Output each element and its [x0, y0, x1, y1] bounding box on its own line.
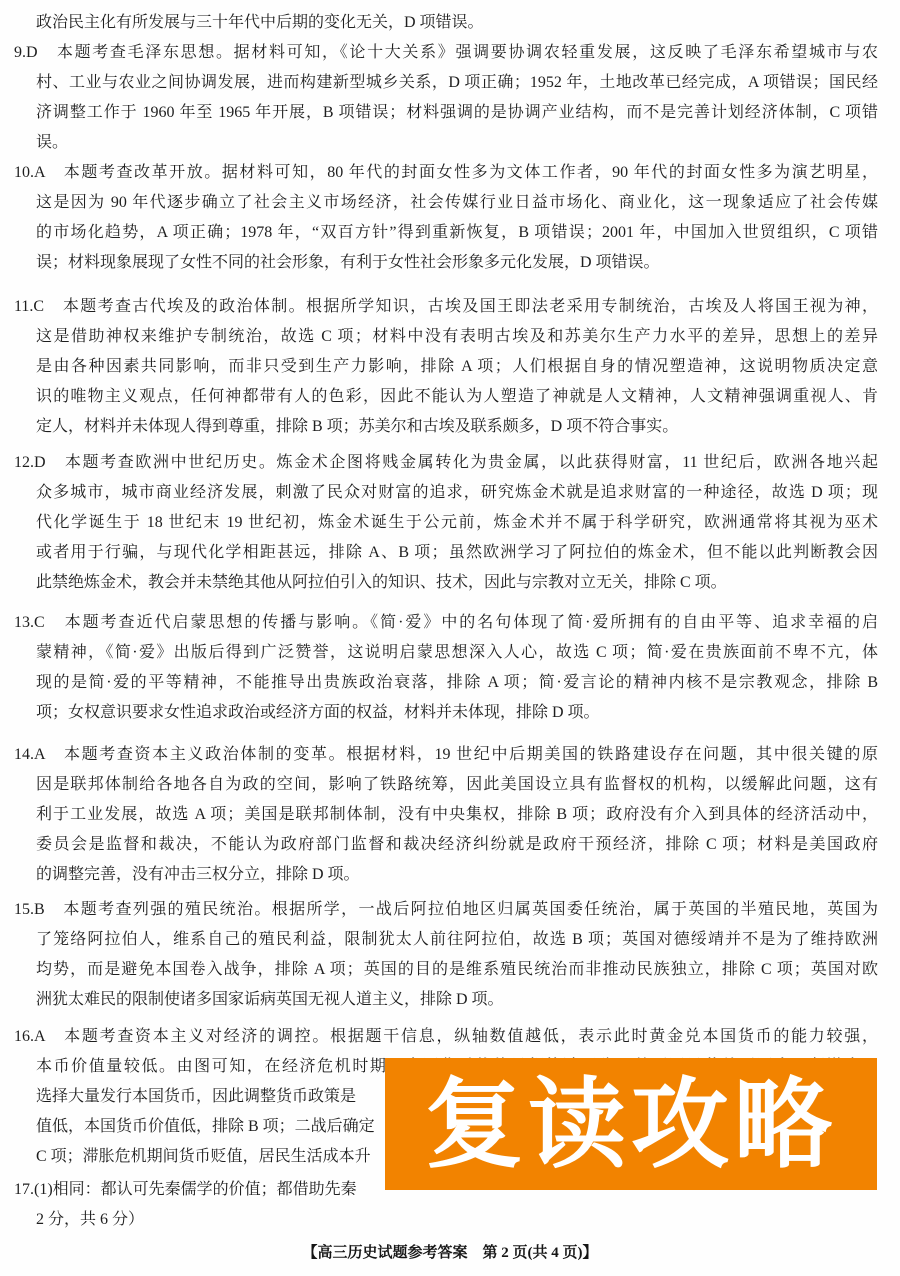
text-line: 代化学诞生于 18 世纪末 19 世纪初，炼金术诞生于公元前，炼金术并不属于科学…: [36, 508, 878, 538]
text-line: 利于工业发展，故选 A 项；美国是联邦制体制，没有中央集权，排除 B 项；政府没…: [36, 800, 878, 830]
answer-block: 12.D 本题考查欧洲中世纪历史。炼金术企图将贱金属转化为贵金属，以此获得财富，…: [0, 448, 900, 598]
text-line: 定人，材料并未体现人得到尊重，排除 B 项；苏美尔和古埃及联系颇多，D 项不符合…: [36, 412, 878, 442]
text-line: 识的唯物主义观点，任何神都带有人的色彩，因此不能认为人塑造了神就是人文精神，人文…: [36, 382, 878, 412]
text-line: 村、工业与农业之间协调发展，进而构建新型城乡关系，D 项正确；1952 年，土地…: [36, 68, 878, 98]
text-line: 误；材料现象展现了女性不同的社会形象，有利于女性社会形象多元化发展，D 项错误。: [36, 248, 878, 278]
text-line: 这是因为 90 年代逐步确立了社会主义市场经济，社会传媒行业日益市场化、商业化，…: [36, 188, 878, 218]
text-line: 众多城市，城市商业经济发展，刺激了民众对财富的追求，研究炼金术就是追求财富的一种…: [36, 478, 878, 508]
text-line: 14.A 本题考查资本主义政治体制的变革。根据材料，19 世纪中后期美国的铁路建…: [14, 740, 878, 770]
text-line: 是由各种因素共同影响，而非只受到生产力影响，排除 A 项；人们根据自身的情况塑造…: [36, 352, 878, 382]
exam-answer-page: 政治民主化有所发展与三十年代中后期的变化无关，D 项错误。9.D 本题考查毛泽东…: [0, 0, 900, 1276]
text-line: 11.C 本题考查古代埃及的政治体制。根据所学知识，古埃及国王即法老采用专制统治…: [14, 292, 878, 322]
answer-block: 政治民主化有所发展与三十年代中后期的变化无关，D 项错误。: [0, 8, 900, 38]
text-line: 均势，而是避免本国卷入战争，排除 A 项；英国的目的是维系殖民统治而非推动民族独…: [36, 955, 878, 985]
text-line: 误。: [36, 128, 878, 158]
watermark-text: 复读攻略: [425, 1075, 837, 1173]
text-line: 了笼络阿拉伯人，维系自己的殖民利益，限制犹太人前往阿拉伯，故选 B 项；英国对德…: [36, 925, 878, 955]
text-line: 2 分，共 6 分）: [36, 1205, 878, 1235]
page-footer: 【高三历史试题参考答案 第 2 页(共 4 页)】: [0, 1243, 900, 1263]
text-line: 政治民主化有所发展与三十年代中后期的变化无关，D 项错误。: [36, 8, 878, 38]
answer-block: 14.A 本题考查资本主义政治体制的变革。根据材料，19 世纪中后期美国的铁路建…: [0, 740, 900, 890]
answer-block: 13.C 本题考查近代启蒙思想的传播与影响。《简·爱》中的名句体现了简·爱所拥有…: [0, 608, 900, 728]
text-line: 委员会是监督和裁决，不能认为政府部门监督和裁决经济纠纷就是政府干预经济，排除 C…: [36, 830, 878, 860]
answer-block: 10.A 本题考查改革开放。据材料可知，80 年代的封面女性多为文体工作者，90…: [0, 158, 900, 278]
text-line: 15.B 本题考查列强的殖民统治。根据所学，一战后阿拉伯地区归属英国委任统治，属…: [14, 895, 878, 925]
text-line: 项；女权意识要求女性追求政治或经济方面的权益，材料并未体现，排除 D 项。: [36, 698, 878, 728]
answer-block: 15.B 本题考查列强的殖民统治。根据所学，一战后阿拉伯地区归属英国委任统治，属…: [0, 895, 900, 1015]
text-line: 12.D 本题考查欧洲中世纪历史。炼金术企图将贱金属转化为贵金属，以此获得财富，…: [14, 448, 878, 478]
answer-text-container: 政治民主化有所发展与三十年代中后期的变化无关，D 项错误。9.D 本题考查毛泽东…: [0, 0, 900, 1235]
text-line: 现的是简·爱的平等精神，不能推导出贵族政治衰落，排除 A 项；简·爱言论的精神内…: [36, 668, 878, 698]
answer-block: 11.C 本题考查古代埃及的政治体制。根据所学知识，古埃及国王即法老采用专制统治…: [0, 292, 900, 442]
text-line: 10.A 本题考查改革开放。据材料可知，80 年代的封面女性多为文体工作者，90…: [14, 158, 878, 188]
text-line: 13.C 本题考查近代启蒙思想的传播与影响。《简·爱》中的名句体现了简·爱所拥有…: [14, 608, 878, 638]
text-line: 这是借助神权来维护专制统治，故选 C 项；材料中没有表明古埃及和苏美尔生产力水平…: [36, 322, 878, 352]
text-line: 因是联邦体制给各地各自为政的空间，影响了铁路统筹，因此美国设立具有监督权的机构，…: [36, 770, 878, 800]
footer-text: 【高三历史试题参考答案 第 2 页(共 4 页)】: [303, 1245, 598, 1261]
watermark-overlay: 复读攻略: [385, 1058, 877, 1190]
text-line: 此禁绝炼金术，教会并未禁绝其他从阿拉伯引入的知识、技术，因此与宗教对立无关，排除…: [36, 568, 878, 598]
text-line: 或者用于行骗，与现代化学相距甚远，排除 A、B 项；虽然欧洲学习了阿拉伯的炼金术…: [36, 538, 878, 568]
text-line: 16.A 本题考查资本主义对经济的调控。根据题干信息，纵轴数值越低，表示此时黄金…: [14, 1022, 878, 1052]
text-line: 蒙精神，《简·爱》出版后得到广泛赞誉，这说明启蒙思想深入人心，故选 C 项；简·…: [36, 638, 878, 668]
text-line: 洲犹太难民的限制使诸多国家诟病英国无视人道主义，排除 D 项。: [36, 985, 878, 1015]
answer-block: 9.D 本题考查毛泽东思想。据材料可知，《论十大关系》强调要协调农轻重发展，这反…: [0, 38, 900, 158]
text-line: 济调整工作于 1960 年至 1965 年开展，B 项错误；材料强调的是协调产业…: [36, 98, 878, 128]
text-line: 的市场化趋势，A 项正确；1978 年，“双百方针”得到重新恢复，B 项错误；2…: [36, 218, 878, 248]
text-line: 的调整完善，没有冲击三权分立，排除 D 项。: [36, 860, 878, 890]
text-line: 9.D 本题考查毛泽东思想。据材料可知，《论十大关系》强调要协调农轻重发展，这反…: [14, 38, 878, 68]
